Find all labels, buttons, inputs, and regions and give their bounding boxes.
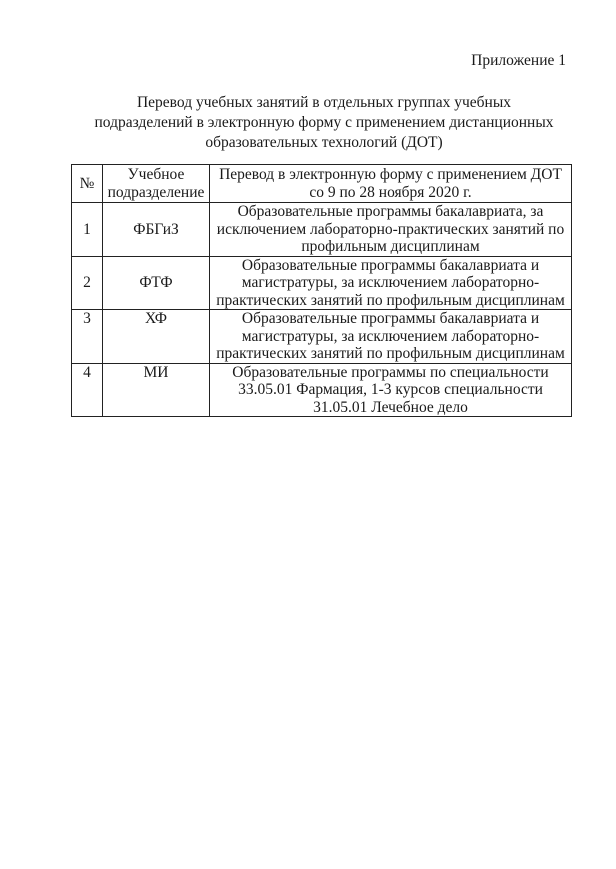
transfer-table: № Учебное подразделение Перевод в электр… (71, 164, 572, 417)
row-transfer: Образовательные программы по специальнос… (210, 363, 572, 417)
row-transfer: Образовательные программы бакалавриата, … (210, 203, 572, 257)
row-unit: МИ (103, 363, 210, 417)
header-transfer: Перевод в электронную форму с применение… (210, 165, 572, 203)
table-row: 1 ФБГиЗ Образовательные программы бакала… (72, 203, 572, 257)
appendix-label: Приложение 1 (471, 52, 566, 70)
table-row: 3 ХФ Образовательные программы бакалаври… (72, 310, 572, 364)
table-row: 4 МИ Образовательные программы по специа… (72, 363, 572, 417)
table-row: 2 ФТФ Образовательные программы бакалавр… (72, 256, 572, 310)
row-unit: ФБГиЗ (103, 203, 210, 257)
row-unit: ФТФ (103, 256, 210, 310)
row-number: 4 (72, 363, 103, 417)
row-unit: ХФ (103, 310, 210, 364)
row-number: 1 (72, 203, 103, 257)
document-title: Перевод учебных занятий в отдельных груп… (88, 93, 560, 153)
header-unit: Учебное подразделение (103, 165, 210, 203)
header-number: № (72, 165, 103, 203)
row-transfer: Образовательные программы бакалавриата и… (210, 310, 572, 364)
row-number: 2 (72, 256, 103, 310)
table-header-row: № Учебное подразделение Перевод в электр… (72, 165, 572, 203)
row-transfer: Образовательные программы бакалавриата и… (210, 256, 572, 310)
row-number: 3 (72, 310, 103, 364)
